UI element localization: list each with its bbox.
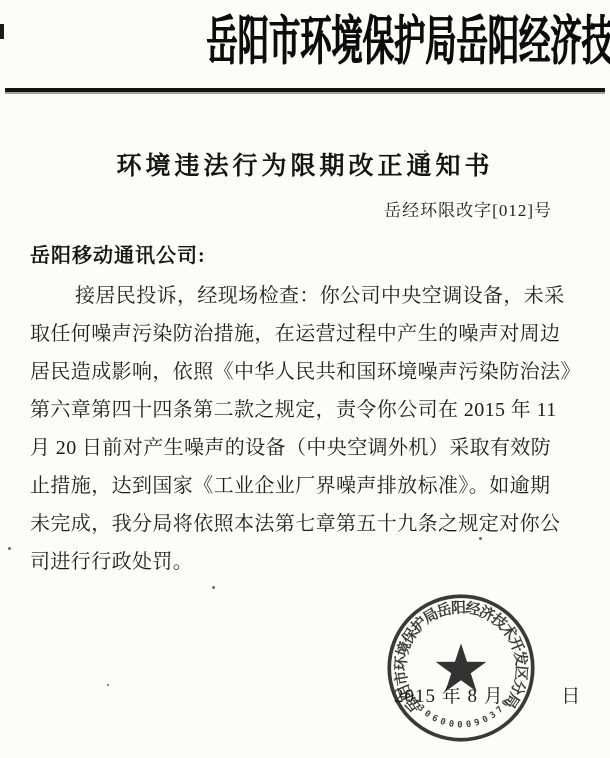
body-paragraph: 接居民投诉，经现场检查：你公司中央空调设备，未采 取任何噪声污染防治措施，在运营… <box>30 277 590 581</box>
scan-speck <box>212 586 215 589</box>
official-seal: 岳阳市环境保护局岳阳经济技术开发区分局 4306000090370 <box>379 586 543 750</box>
seal-serial-number: 4306000090370 <box>409 697 512 731</box>
document-number: 岳经环限改字[012]号 <box>0 196 610 221</box>
letterhead: 岳阳市环境保护局岳阳经济技术开发区分局 <box>0 0 610 78</box>
body-line: 月 20 日前对产生噪声的设备（中央空调外机）采取有效防 <box>30 429 590 467</box>
body-line: 取任何噪声污染防治措施，在运营过程中产生的噪声对周边 <box>30 315 590 353</box>
agency-name-header: 岳阳市环境保护局岳阳经济技术开发区分局 <box>206 12 610 72</box>
scanned-notice-page: 岳阳市环境保护局岳阳经济技术开发区分局 环境违法行为限期改正通知书 岳经环限改字… <box>0 0 610 758</box>
scan-speck <box>424 150 426 152</box>
body-line: 司进行行政处罚。 <box>30 543 590 581</box>
recipient-line: 岳阳移动通讯公司: <box>30 239 610 268</box>
scan-edge-artifact <box>0 24 4 39</box>
body-line: 第六章第四十四条第二款之规定，责令你公司在 2015 年 11 <box>30 391 590 429</box>
document-title: 环境违法行为限期改正通知书 <box>0 146 610 182</box>
body-line: 接居民投诉，经现场检查：你公司中央空调设备，未采 <box>30 277 590 315</box>
body-line: 止措施，达到国家《工业企业厂界噪声排放标准》。如逾期 <box>30 467 590 505</box>
body-line: 居民造成影响，依照《中华人民共和国环境噪声污染防治法》 <box>30 353 590 391</box>
scan-speck <box>8 547 11 550</box>
scan-speck <box>107 684 109 686</box>
body-line: 未完成，我分局将依照本法第七章第五十九条之规定对你公 <box>30 505 590 543</box>
star-icon <box>436 643 487 691</box>
letterhead-rule <box>5 88 605 92</box>
scan-speck <box>479 537 482 540</box>
